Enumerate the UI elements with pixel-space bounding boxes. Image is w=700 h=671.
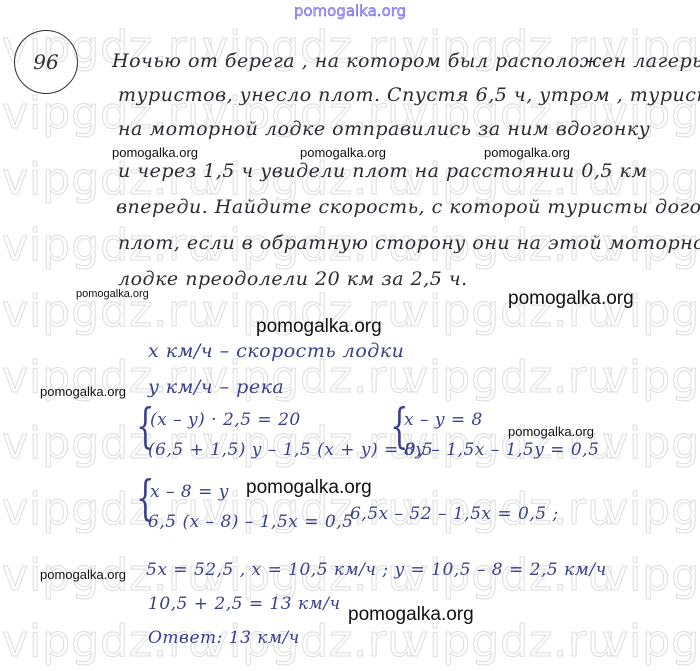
background-watermark: vipgdz.ru: [602, 352, 700, 403]
problem-line-5: впереди. Найдите скорость, с которой тур…: [116, 196, 700, 218]
system3-eq2: 6,5 (x – 8) – 1,5x = 0,5: [148, 512, 353, 532]
overlay-watermark: pomogalka.org: [40, 384, 126, 399]
overlay-watermark: pomogalka.org: [508, 424, 594, 439]
overlay-watermark: pomogalka.org: [300, 145, 386, 160]
problem-number-circle: 96: [14, 30, 78, 94]
problem-line-4: и через 1,5 ч увидели плот на расстоянии…: [118, 160, 648, 182]
system3-eq1: x – 8 = y: [150, 482, 229, 502]
definition-y: y км/ч – река: [148, 376, 284, 398]
problem-line-3: на моторной лодке отправились за ним вдо…: [118, 118, 650, 140]
background-watermark: vipgdz.ru: [602, 484, 700, 535]
background-watermark: vipgdz.ru: [602, 616, 700, 667]
system2-eq1: x – y = 8: [404, 410, 483, 430]
background-watermark: vipgdz.ru: [602, 550, 700, 601]
background-watermark: vipgdz.ru: [402, 352, 616, 403]
problem-line-6: плот, если в обратную сторону они на это…: [118, 232, 700, 254]
top-watermark: pomogalka.org: [0, 2, 700, 20]
answer: Ответ: 13 км/ч: [148, 628, 300, 648]
overlay-watermark: pomogalka.org: [76, 288, 149, 300]
problem-number: 96: [33, 50, 58, 74]
problem-line-2: туристов, унесло плот. Спустя 6,5 ч, утр…: [118, 84, 700, 106]
overlay-watermark: pomogalka.org: [484, 145, 570, 160]
step-1: 6,5x – 52 – 1,5x = 0,5 ;: [350, 504, 559, 524]
background-watermark: vipgdz.ru: [602, 418, 700, 469]
step-2: 5x = 52,5 , x = 10,5 км/ч ; y = 10,5 – 8…: [146, 560, 607, 580]
system2-eq2: 8y – 1,5x – 1,5y = 0,5: [404, 440, 599, 460]
overlay-watermark: pomogalka.org: [246, 477, 372, 499]
step-3: 10,5 + 2,5 = 13 км/ч: [148, 594, 341, 614]
overlay-watermark: pomogalka.org: [40, 567, 126, 582]
problem-line-7: лодке преодолели 20 км за 2,5 ч.: [118, 268, 468, 290]
overlay-watermark: pomogalka.org: [508, 288, 634, 310]
overlay-watermark: pomogalka.org: [256, 316, 382, 338]
overlay-watermark: pomogalka.org: [112, 145, 198, 160]
overlay-watermark: pomogalka.org: [348, 604, 474, 626]
problem-line-1: Ночью от берега , на котором был располо…: [112, 50, 700, 72]
definition-x: x км/ч – скорость лодки: [148, 340, 404, 362]
system1-eq1: (x – y) · 2,5 = 20: [150, 410, 301, 430]
